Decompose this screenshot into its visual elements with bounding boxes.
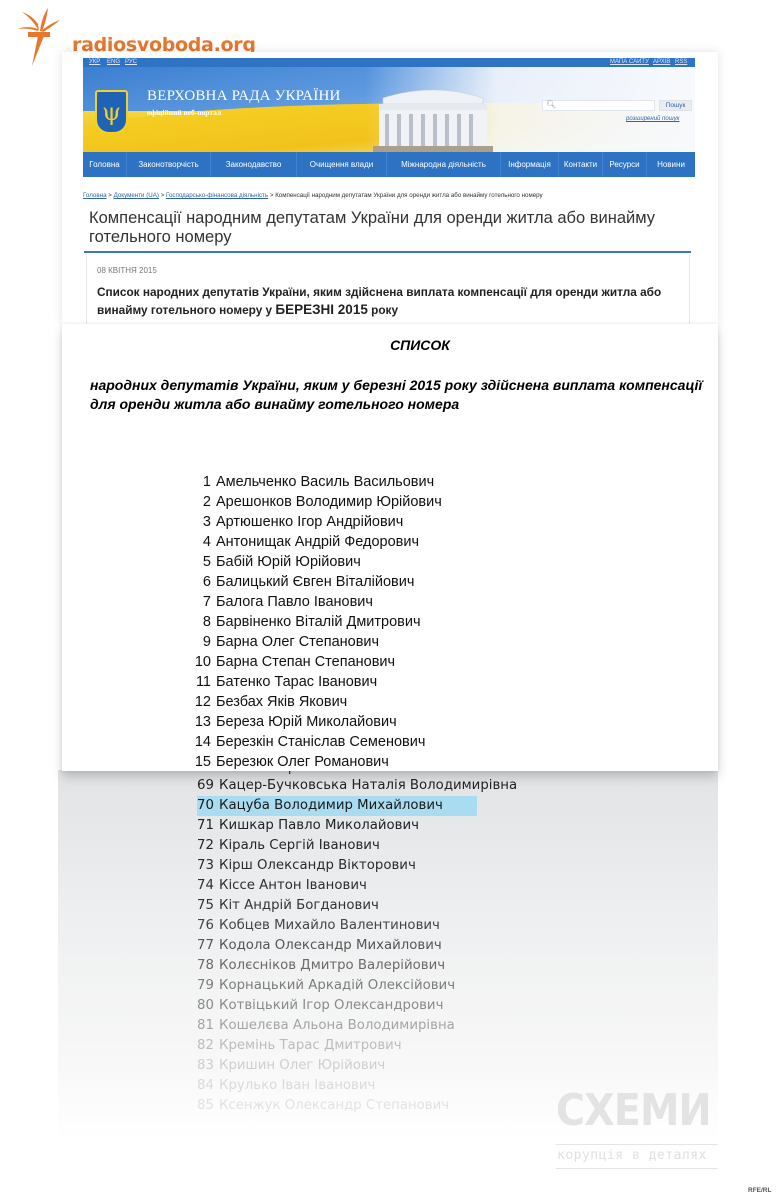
nav-item-resources[interactable]: Ресурси xyxy=(603,152,647,177)
article-lead-suffix: року xyxy=(368,303,398,317)
rada-site-subtitle: офіційний веб-портал xyxy=(147,108,221,117)
breadcrumb-current: Компенсації народним депутатам України д… xyxy=(275,192,542,199)
breadcrumb-separator: > xyxy=(108,192,112,199)
list-item: 76Кобцев Михайло Валентинович xyxy=(197,916,517,936)
row-name: Кодола Олександр Михайлович xyxy=(219,936,442,956)
row-name: Кишкар Павло Миколайович xyxy=(219,816,419,836)
list-item: 80Котвіцький Ігор Олександрович xyxy=(197,996,517,1016)
list-item: 7Балога Павло Іванович xyxy=(192,592,442,612)
list-item: 75Кіт Андрій Богданович xyxy=(197,896,517,916)
row-number: 74 xyxy=(197,876,219,896)
list-item: 3Артюшенко Ігор Андрійович xyxy=(192,512,442,532)
list-item: 84Крулько Іван Іванович xyxy=(197,1076,517,1096)
row-name: Кришин Олег Юрійович xyxy=(219,1056,385,1076)
row-name: Кацуба Володимир Михайлович xyxy=(219,796,443,816)
row-number: 7 xyxy=(192,592,216,612)
document-subheading: народних депутатів України, яким у берез… xyxy=(90,376,718,414)
sitemap-link[interactable]: МАПА САЙТУ xyxy=(610,59,649,65)
row-name: Кремінь Тарас Дмитрович xyxy=(219,1036,402,1056)
rada-site-title[interactable]: ВЕРХОВНА РАДА УКРАЇНИ xyxy=(147,88,341,105)
row-name: Кіссе Антон Іванович xyxy=(219,876,367,896)
row-number: 71 xyxy=(197,816,219,836)
watermark-divider xyxy=(556,1168,718,1169)
nav-item-lawmaking[interactable]: Законотворчість xyxy=(127,152,211,177)
nav-item-international[interactable]: Міжнародна діяльність xyxy=(387,152,501,177)
breadcrumb-separator: > xyxy=(161,192,165,199)
nav-item-lustration[interactable]: Очищення влади xyxy=(297,152,387,177)
row-name: Артюшенко Ігор Андрійович xyxy=(216,512,403,532)
row-name: Котвіцький Ігор Олександрович xyxy=(219,996,443,1016)
row-name: Кацер-Бучковська Наталія Володимирівна xyxy=(219,776,517,796)
list-item: 81Кошелєва Альона Володимирівна xyxy=(197,1016,517,1036)
lang-link-ukr[interactable]: УКР xyxy=(89,59,100,65)
row-name: Амельченко Василь Васильович xyxy=(216,472,434,492)
document-panel: СПИСОК народних депутатів України, яким … xyxy=(62,324,718,771)
list-item: 1Амельченко Василь Васильович xyxy=(192,472,442,492)
row-number: 83 xyxy=(197,1056,219,1076)
list-item: 78Колєсніков Дмитро Валерійович xyxy=(197,956,517,976)
rada-topbar: УКР ENG РУС МАПА САЙТУ АРХІВ RSS xyxy=(83,58,695,67)
document-heading: СПИСОК xyxy=(62,337,718,353)
row-number: 6 xyxy=(192,572,216,592)
watermark-divider xyxy=(556,1144,718,1145)
row-name: Березюк Олег Романович xyxy=(216,752,389,771)
row-name: Корнацький Аркадій Олексійович xyxy=(219,976,455,996)
article-date: 08 КВІТНЯ 2015 xyxy=(97,266,157,275)
lower-rows-container: 69Кацер-Бучковська Наталія Володимирівна… xyxy=(197,776,517,1116)
row-name: Кошелєва Альона Володимирівна xyxy=(219,1016,455,1036)
row-number: 5 xyxy=(192,552,216,572)
list-item: 77Кодола Олександр Михайлович xyxy=(197,936,517,956)
row-number: 3 xyxy=(192,512,216,532)
list-item: 6Балицький Євген Віталійович xyxy=(192,572,442,592)
list-item: 2Арешонков Володимир Юрійович xyxy=(192,492,442,512)
row-number: 8 xyxy=(192,612,216,632)
list-item: 71Кишкар Павло Миколайович xyxy=(197,816,517,836)
row-number: 1 xyxy=(192,472,216,492)
row-name: Колєсніков Дмитро Валерійович xyxy=(219,956,445,976)
search-icon: 🔍︎ xyxy=(546,100,556,109)
breadcrumb-link-home[interactable]: Головна xyxy=(83,192,107,199)
row-number: 11 xyxy=(192,672,216,692)
rada-header: УКР ENG РУС МАПА САЙТУ АРХІВ RSS ψ ВЕРХО… xyxy=(83,58,695,152)
coat-of-arms-icon: ψ xyxy=(95,90,128,134)
row-number: 13 xyxy=(192,712,216,732)
rss-link[interactable]: RSS xyxy=(675,59,687,65)
nav-item-information[interactable]: Інформація xyxy=(501,152,559,177)
list-item: 72Кіраль Сергій Іванович xyxy=(197,836,517,856)
page-title: Компенсації народним депутатам України д… xyxy=(89,209,699,247)
row-name: Барна Олег Степанович xyxy=(216,632,379,652)
lang-link-rus[interactable]: РУС xyxy=(125,59,137,65)
row-name: Балицький Євген Віталійович xyxy=(216,572,414,592)
breadcrumb-link-finance[interactable]: Господарсько-фінансова діяльність xyxy=(166,192,268,199)
row-name: Кіраль Сергій Іванович xyxy=(219,836,380,856)
search-input[interactable]: 🔍︎ xyxy=(542,100,655,111)
shemy-logo: СХЕМИ xyxy=(556,1085,711,1136)
list-item: 74Кіссе Антон Іванович xyxy=(197,876,517,896)
rada-website-panel: УКР ENG РУС МАПА САЙТУ АРХІВ RSS ψ ВЕРХО… xyxy=(62,52,718,324)
row-number: 77 xyxy=(197,936,219,956)
rferl-credit: RFE/RL xyxy=(748,1187,771,1194)
row-name: Балога Павло Іванович xyxy=(216,592,373,612)
row-number: 81 xyxy=(197,1016,219,1036)
highlighted-list-item: 70Кацуба Володимир Михайлович xyxy=(197,796,477,816)
list-item: 83Кришин Олег Юрійович xyxy=(197,1056,517,1076)
row-number: 85 xyxy=(197,1096,219,1116)
row-number: 72 xyxy=(197,836,219,856)
breadcrumb: Головна > Документи (UA) > Господарсько-… xyxy=(83,192,543,199)
row-number: 10 xyxy=(192,652,216,672)
row-name: Кірш Олександр Вікторович xyxy=(219,856,416,876)
row-name: Батенко Тарас Іванович xyxy=(216,672,377,692)
nav-item-contacts[interactable]: Контакти xyxy=(559,152,603,177)
list-item: 73Кірш Олександр Вікторович xyxy=(197,856,517,876)
row-number: 82 xyxy=(197,1036,219,1056)
row-number: 76 xyxy=(197,916,219,936)
row-name: Арешонков Володимир Юрійович xyxy=(216,492,442,512)
row-number: 73 xyxy=(197,856,219,876)
row-number: 84 xyxy=(197,1076,219,1096)
lang-link-eng[interactable]: ENG xyxy=(107,59,120,65)
row-name: Барна Степан Степанович xyxy=(216,652,395,672)
list-item: 11Батенко Тарас Іванович xyxy=(192,672,442,692)
nav-item-news[interactable]: Новини xyxy=(647,152,695,177)
title-divider xyxy=(84,251,691,253)
list-item: 5Бабій Юрій Юрійович xyxy=(192,552,442,572)
list-item: 85Ксенжук Олександр Степанович xyxy=(197,1096,517,1116)
list-item: 10Барна Степан Степанович xyxy=(192,652,442,672)
row-number: 75 xyxy=(197,896,219,916)
list-item: 13Береза Юрій Миколайович xyxy=(192,712,442,732)
rada-main-nav: Головна Законотворчість Законодавство Оч… xyxy=(83,152,695,177)
row-name: Барвіненко Віталій Дмитрович xyxy=(216,612,421,632)
advanced-search-link[interactable]: розширений пошук xyxy=(626,116,679,122)
row-name: Безбах Яків Якович xyxy=(216,692,347,712)
shemy-tagline: корупція в деталях xyxy=(557,1148,707,1163)
row-name: Антонищак Андрій Федорович xyxy=(216,532,419,552)
list-item: 12Безбах Яків Якович xyxy=(192,692,442,712)
row-name: Березкін Станіслав Семенович xyxy=(216,732,425,752)
row-name: Кобцев Михайло Валентинович xyxy=(219,916,440,936)
archive-link[interactable]: АРХІВ xyxy=(653,59,670,65)
row-number: 4 xyxy=(192,532,216,552)
list-item: 9Барна Олег Степанович xyxy=(192,632,442,652)
row-number: 9 xyxy=(192,632,216,652)
row-number: 70 xyxy=(197,796,219,816)
nav-item-home[interactable]: Головна xyxy=(83,152,127,177)
list-item: 14Березкін Станіслав Семенович xyxy=(192,732,442,752)
nav-item-legislation[interactable]: Законодавство xyxy=(211,152,297,177)
list-item: 8Барвіненко Віталій Дмитрович xyxy=(192,612,442,632)
row-number: 79 xyxy=(197,976,219,996)
list-item: 15Березюк Олег Романович xyxy=(192,752,442,771)
breadcrumb-link-documents[interactable]: Документи (UA) xyxy=(114,192,159,199)
row-number: 2 xyxy=(192,492,216,512)
row-number: 69 xyxy=(197,776,219,796)
list-item: 69Кацер-Бучковська Наталія Володимирівна xyxy=(197,776,517,796)
list-item: 79Корнацький Аркадій Олексійович xyxy=(197,976,517,996)
article-lead[interactable]: Список народних депутатів України, яким … xyxy=(97,284,687,319)
row-number: 80 xyxy=(197,996,219,1016)
breadcrumb-separator: > xyxy=(270,192,274,199)
list-item: 4Антонищак Андрій Федорович xyxy=(192,532,442,552)
list-item: 82Кремінь Тарас Дмитрович xyxy=(197,1036,517,1056)
row-name: Ксенжук Олександр Степанович xyxy=(219,1096,449,1116)
article-box: 08 КВІТНЯ 2015 Список народних депутатів… xyxy=(86,254,690,324)
row-name: Кіт Андрій Богданович xyxy=(219,896,379,916)
parliament-building-icon xyxy=(373,78,493,152)
lower-deputies-list: 68 Каплін Сергій Миколайович 69Кацер-Буч… xyxy=(197,764,517,1116)
row-number: 12 xyxy=(192,692,216,712)
row-number: 14 xyxy=(192,732,216,752)
row-name: Крулько Іван Іванович xyxy=(219,1076,375,1096)
article-lead-emphasis: БЕРЕЗНІ 2015 xyxy=(275,302,367,317)
torch-icon xyxy=(14,6,64,68)
row-name: Береза Юрій Миколайович xyxy=(216,712,397,732)
row-name: Бабій Юрій Юрійович xyxy=(216,552,361,572)
search-button[interactable]: Пошук xyxy=(659,100,692,111)
deputies-list: 1Амельченко Василь Васильович2Арешонков … xyxy=(192,472,442,771)
row-number: 78 xyxy=(197,956,219,976)
row-number: 15 xyxy=(192,752,216,771)
